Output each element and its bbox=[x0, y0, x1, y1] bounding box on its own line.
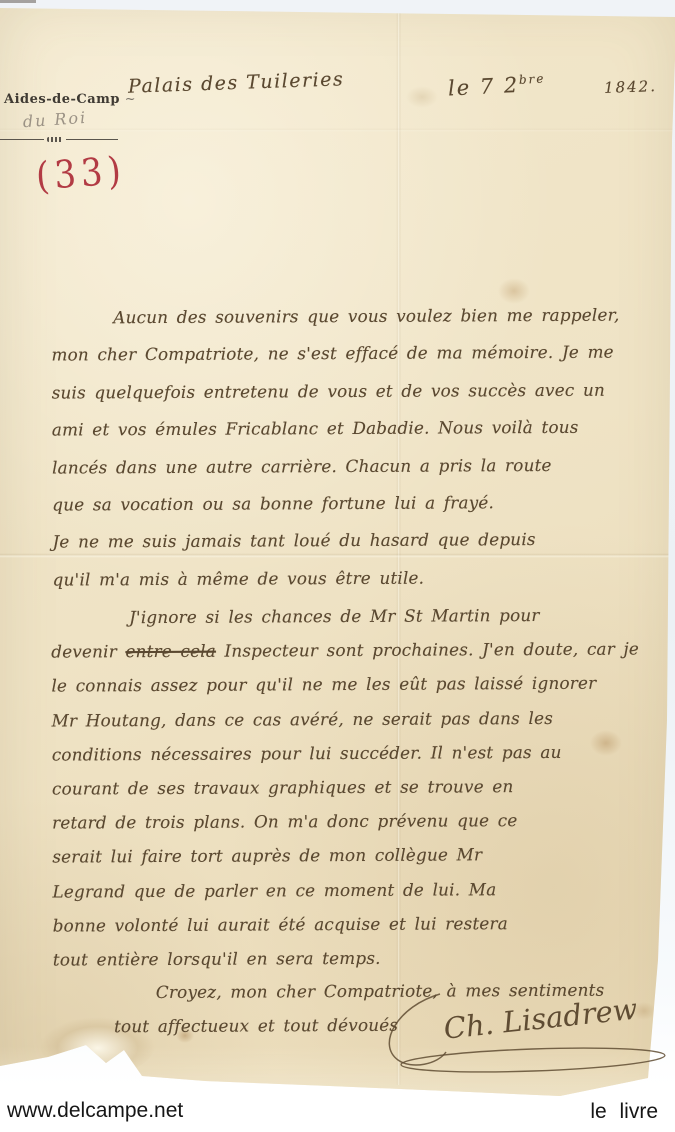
letter-line: serait lui faire tort auprès de mon coll… bbox=[52, 844, 642, 881]
line-segment: Inspecteur sont prochaines. J'en doute, … bbox=[216, 639, 639, 661]
photo-edge-mark bbox=[0, 0, 36, 3]
letterhead-stamp: Aides-de-Camp du Roi bbox=[0, 92, 122, 142]
stain-spot bbox=[498, 278, 530, 304]
date-month-abbrev: bre bbox=[519, 71, 546, 86]
letter-line: lancés dans une autre carrière. Chacun a… bbox=[52, 454, 642, 494]
letter-line: bonne volonté lui aurait été acquise et … bbox=[53, 912, 643, 949]
archive-number: (33) bbox=[35, 149, 128, 200]
dateline-year: 1842. bbox=[604, 77, 658, 97]
letter-line: conditions nécessaires pour lui succéder… bbox=[52, 741, 642, 778]
line-segment: devenir bbox=[51, 641, 125, 661]
letter-line: mon cher Compatriote, ne s'est effacé de… bbox=[51, 342, 641, 382]
watermark-site: www.delcampe.net bbox=[7, 1099, 183, 1123]
letter-line: que sa vocation ou sa bonne fortune lui … bbox=[52, 491, 642, 531]
stain-spot bbox=[406, 86, 438, 108]
signature-flourish bbox=[401, 1044, 666, 1075]
photo-scene: Aides-de-Camp du Roi (33) Palais des Tui… bbox=[0, 0, 675, 1132]
letter-line: qu'il m'a mis à même de vous être utile. bbox=[53, 566, 643, 606]
letter-line: Je ne me suis jamais tant loué du hasard… bbox=[52, 529, 642, 569]
watermark-category: le livre bbox=[590, 1100, 658, 1124]
date-day: le 7 2 bbox=[447, 73, 519, 101]
letter-line: le connais assez pour qu'il ne me les eû… bbox=[51, 673, 641, 710]
signature: Ch. Lisadrew bbox=[368, 966, 668, 1078]
letter-line: J'ignore si les chances de Mr St Martin … bbox=[51, 604, 641, 641]
letterhead-title: Aides-de-Camp bbox=[0, 92, 122, 107]
letter-line: courant de ses travaux graphiques et se … bbox=[52, 775, 642, 812]
dateline-date: le 7 2bre bbox=[447, 71, 546, 100]
signature-paraph bbox=[389, 994, 446, 1065]
letter-line: suis quelquefois entretenu de vous et de… bbox=[52, 379, 642, 419]
letter-line: retard de trois plans. On m'a donc préve… bbox=[52, 810, 642, 847]
letterhead-subtitle: du Roi bbox=[0, 105, 122, 133]
divider-ornament bbox=[47, 137, 63, 142]
letter-paragraph-1: Aucun des souvenirs que vous voulez bien… bbox=[51, 304, 643, 606]
letter-line: Aucun des souvenirs que vous voulez bien… bbox=[51, 304, 641, 344]
letter-line: Legrand que de parler en ce moment de lu… bbox=[52, 878, 642, 915]
letter-paragraph-2: J'ignore si les chances de Mr St Martin … bbox=[51, 604, 643, 983]
letter-line: ami et vos émules Fricablanc et Dabadie.… bbox=[52, 417, 642, 457]
letter-line-with-strike: devenir entre cela Inspecteur sont proch… bbox=[51, 639, 641, 676]
letterhead-divider bbox=[0, 137, 122, 142]
struck-word: entre cela bbox=[125, 641, 216, 661]
letter-line: Mr Houtang, dans ce cas avéré, ne serait… bbox=[52, 707, 642, 744]
signature-name: Ch. Lisadrew bbox=[442, 992, 639, 1046]
